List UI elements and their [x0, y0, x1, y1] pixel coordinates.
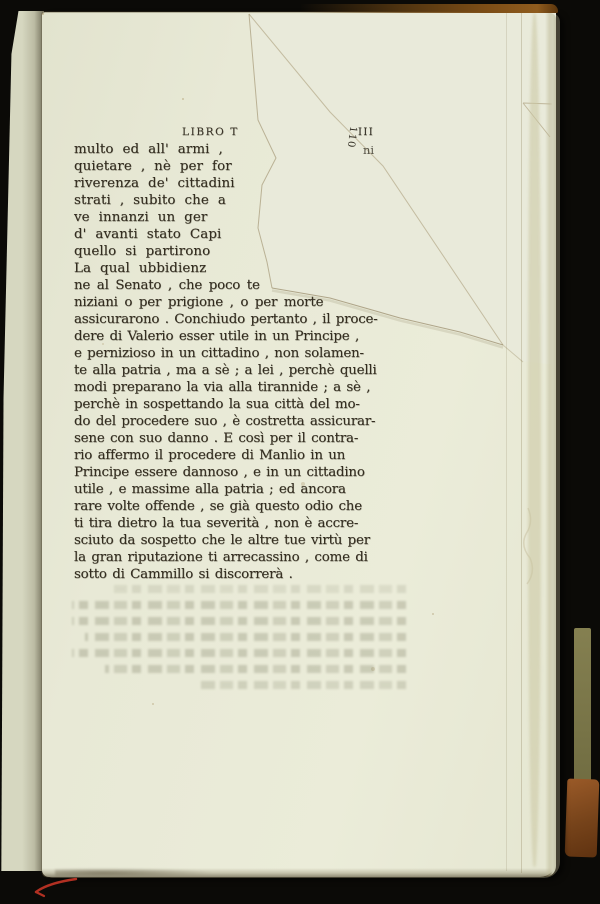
text-line: Principe essere dannoso , e in un cittad… [74, 464, 414, 481]
page-number: III [358, 127, 374, 138]
text-line: rio affermo il procedere di Manlio in un [74, 447, 414, 464]
page-edge-line [506, 13, 507, 871]
verso-bleedthrough [72, 585, 406, 697]
text-line: sciuto da sospetto che le altre tue virt… [74, 532, 414, 549]
text-line: sotto di Cammillo si discorrerà . [74, 566, 414, 583]
text-line: perchè in sospettando la sua città del m… [74, 396, 414, 413]
text-line: ti tira dietro la tua severità , non è a… [74, 515, 414, 532]
bleedthrough-line [105, 665, 406, 673]
text-line: niziani o per prigione , o per morte [74, 294, 414, 311]
text-line: quietare , nè per for [74, 158, 414, 175]
fold-text-fragment: ni [363, 143, 374, 157]
paper-speckles [42, 13, 44, 15]
gutter-shadow [0, 11, 44, 871]
running-title: LIBRO T [182, 126, 239, 138]
book-page: multo ed all' armi , quietare , nè per f… [42, 12, 556, 877]
text-line: sene con suo danno . E così per il contr… [74, 430, 414, 447]
leather-corner [565, 778, 600, 857]
fore-edge-strip [545, 13, 556, 877]
head-edge-stain [300, 4, 558, 13]
bleedthrough-line [72, 649, 406, 657]
edge-stain [528, 13, 541, 867]
bleedthrough-line [112, 585, 406, 593]
text-line: assicurarono . Conchiudo pertanto , il p… [74, 311, 414, 328]
bleedthrough-line [72, 617, 406, 625]
text-line: te alla patria , ma a sè ; a lei , perch… [74, 362, 414, 379]
text-line: quello si partirono [74, 243, 414, 260]
page-edge-line [521, 13, 522, 873]
bleedthrough-line [199, 681, 406, 689]
text-line: modi preparano la via alla tirannide ; a… [74, 379, 414, 396]
text-line: La qual ubbidienz [74, 260, 414, 277]
bleedthrough-line [72, 601, 406, 609]
text-line: utile , e massime alla patria ; ed ancor… [74, 481, 414, 498]
body-text: multo ed all' armi , quietare , nè per f… [74, 141, 414, 583]
gutter-page-edge [0, 11, 44, 871]
text-line: ve innanzi un ger [74, 209, 414, 226]
text-line: la gran riputazione ti arrecassino , com… [74, 549, 414, 566]
text-line: do del procedere suo , è costretta assic… [74, 413, 414, 430]
text-line: strati , subito che a [74, 192, 414, 209]
red-thread [26, 870, 96, 902]
text-line: e pernizioso in un cittadino , non solam… [74, 345, 414, 362]
text-line: ne al Senato , che poco te [74, 277, 414, 294]
text-line: d' avanti stato Capi [74, 226, 414, 243]
text-line: riverenza de' cittadini [74, 175, 414, 192]
text-line: rare volte offende , se già questo odio … [74, 498, 414, 515]
bleedthrough-line [85, 633, 406, 641]
book-photograph: multo ed all' armi , quietare , nè per f… [0, 0, 600, 904]
cover-edge-strip [574, 628, 591, 782]
text-line: dere di Valerio esser utile in un Princi… [74, 328, 414, 345]
